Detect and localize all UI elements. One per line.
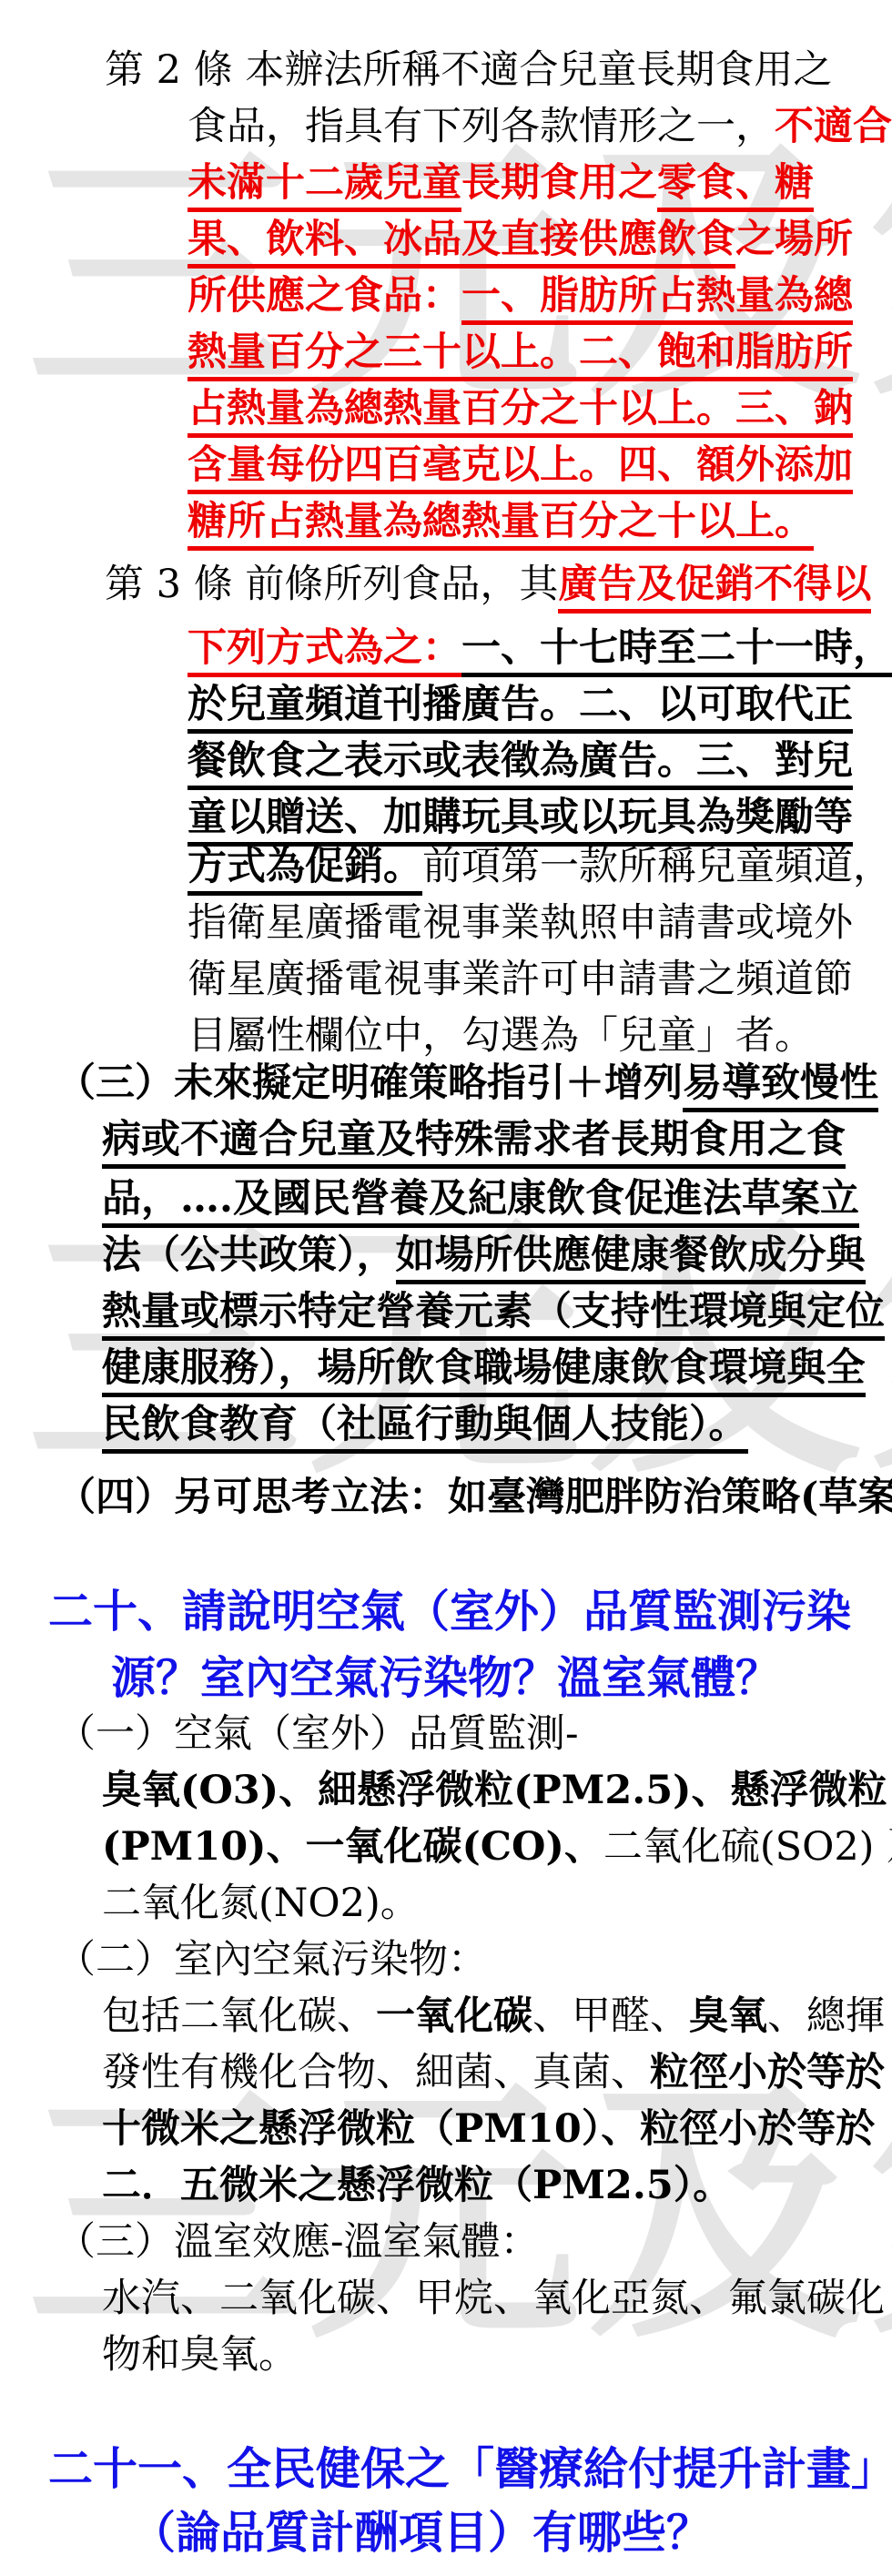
- text-segment: 前項第一款所稱兒童頻道，: [422, 844, 892, 889]
- text-segment: 含量每份四百毫克以上。四、額外添加: [188, 442, 853, 494]
- text-line: （三）未來擬定明確策略指引＋增列易導致慢性: [56, 1055, 878, 1111]
- text-segment: 長期食用之: [461, 160, 657, 206]
- text-segment: 二十、請說明空氣（室外）品質監測污染: [48, 1585, 851, 1638]
- text-segment: （四）另可思考立法：如臺灣肥胖防治策略(草案): [56, 1475, 892, 1520]
- text-line: 品，….及國民營養及紀康飲食促進法草案立: [102, 1171, 859, 1227]
- text-line: 包括二氧化碳、一氧化碳、甲醛、臭氧、總揮: [102, 1988, 885, 2044]
- text-line: 含量每份四百毫克以上。四、額外添加: [188, 437, 853, 493]
- text-line: （三）溫室效應-溫室氣體：: [56, 2214, 540, 2270]
- text-segment: 健康服務），場所飲食職場健康飲食環境與全: [102, 1345, 866, 1397]
- heading-line: 源？室內空氣污染物？溫室氣體？: [111, 1644, 780, 1711]
- text-line: 物和臭氧。: [102, 2327, 298, 2383]
- text-segment: 臭氧: [689, 1993, 767, 2039]
- text-segment: 下列方式為之：: [188, 625, 461, 677]
- text-segment: （三）溫室效應-溫室氣體：: [56, 2219, 540, 2265]
- text-segment: 如場所供應健康餐飲成分與: [396, 1232, 866, 1284]
- text-segment: 於兒童頻道刊播廣告。二、以可取代正: [188, 682, 853, 734]
- text-segment: 民飲食教育（社區行動與個人技能）。: [102, 1402, 748, 1454]
- text-line: 餐飲食之表示或表徵為廣告。三、對兒: [188, 733, 853, 789]
- text-line: 食品，指具有下列各款情形之一，不適合: [188, 98, 892, 155]
- text-segment: 粒徑小於等於: [650, 2050, 885, 2095]
- text-line: 二．五微米之懸浮微粒（PM2.5）。: [102, 2157, 732, 2214]
- text-segment: 、總揮: [767, 1993, 885, 2039]
- text-segment: 糖所占熱量為總熱量百分之十以上。: [188, 499, 814, 551]
- text-line: 第 2 條 本辦法所稱不適合兒童長期食用之: [105, 42, 832, 98]
- text-line: 熱量或標示特定營養元素（支持性環境與定位: [102, 1283, 885, 1340]
- text-segment: 一氧化碳: [376, 1993, 532, 2039]
- text-segment: 未滿十二歲兒童: [188, 160, 461, 212]
- text-segment: 占熱量為總熱量百分之十以上。三、鈉: [188, 386, 853, 438]
- text-line: （二）室內空氣污染物：: [56, 1932, 487, 1988]
- heading-line: （論品質計酬項目）有哪些？: [131, 2499, 711, 2566]
- text-segment: 十微米之懸浮微粒（PM10）、粒徑小於等於: [102, 2106, 875, 2152]
- text-line: 病或不適合兒童及特殊需求者長期食用之食: [102, 1111, 846, 1168]
- text-segment: 之場所: [735, 217, 853, 262]
- text-segment: 第 2 條 本辦法所稱不適合兒童長期食用之: [105, 47, 832, 93]
- text-segment: (PM10)、一氧化碳(CO)、: [102, 1824, 603, 1870]
- text-segment: 方式為促銷。: [188, 844, 422, 896]
- text-segment: 二氧化氮(NO2)。: [102, 1881, 420, 1926]
- text-line: 於兒童頻道刊播廣告。二、以可取代正: [188, 676, 853, 733]
- text-line: 占熱量為總熱量百分之十以上。三、鈉: [188, 380, 853, 437]
- text-segment: 品，….及國民營養及紀康飲食促進法草案立: [102, 1176, 859, 1228]
- text-segment: 果、飲料、冰品及直接供應飲食: [188, 217, 735, 269]
- text-segment: 二氧化硫(SO2) 及: [603, 1824, 892, 1870]
- text-segment: 發性有機化合物、細菌、真菌、: [102, 2050, 650, 2095]
- text-segment: （論品質計酬項目）有哪些？: [131, 2506, 711, 2559]
- text-segment: 零食、糖: [657, 160, 814, 212]
- heading-line: 二十、請說明空氣（室外）品質監測污染: [48, 1577, 851, 1645]
- text-segment: 臭氧(O3)、細懸浮微粒(PM2.5)、懸浮微粒: [102, 1768, 887, 1813]
- text-line: 二氧化氮(NO2)。: [102, 1875, 420, 1932]
- text-segment: 二十一、全民健保之「醫療給付提升計畫」: [48, 2442, 892, 2495]
- text-segment: （三）未來擬定明確策略指引＋增列: [56, 1060, 683, 1106]
- text-line: 熱量百分之三十以上。二、飽和脂肪所: [188, 324, 853, 380]
- text-segment: 水汽、二氧化碳、甲烷、氧化亞氮、氟氯碳化: [102, 2276, 885, 2321]
- text-segment: 包括二氧化碳、: [102, 1993, 376, 2039]
- text-line: （一）空氣（室外）品質監測-: [56, 1706, 579, 1762]
- text-line: 果、飲料、冰品及直接供應飲食之場所: [188, 211, 853, 268]
- text-segment: 物和臭氧。: [102, 2332, 298, 2378]
- text-segment: 二．五微米之懸浮微粒（PM2.5）。: [102, 2163, 732, 2208]
- text-line: 指衛星廣播電視事業執照申請書或境外: [188, 895, 853, 951]
- heading-line: 二十一、全民健保之「醫療給付提升計畫」: [48, 2435, 892, 2502]
- text-line: 十微米之懸浮微粒（PM10）、粒徑小於等於: [102, 2101, 875, 2157]
- text-segment: 所供應之食品：: [188, 273, 461, 319]
- text-segment: 源？室內空氣污染物？溫室氣體？: [111, 1651, 780, 1704]
- text-segment: 熱量或標示特定營養元素（支持性環境與定位: [102, 1289, 885, 1341]
- text-segment: （二）室內空氣污染物：: [56, 1937, 487, 1983]
- text-line: 衛星廣播電視事業許可申請書之頻道節: [188, 951, 853, 1008]
- text-segment: 指衛星廣播電視事業執照申請書或境外: [188, 900, 853, 946]
- text-segment: 廣告及促銷不得以: [558, 562, 871, 614]
- document-text: 第 2 條 本辦法所稱不適合兒童長期食用之食品，指具有下列各款情形之一，不適合未…: [0, 0, 892, 2576]
- text-segment: 一、脂肪所占熱量為總: [461, 273, 853, 325]
- text-segment: 病或不適合兒童及特殊需求者長期食用之食: [102, 1117, 846, 1169]
- text-segment: 、甲醛、: [532, 1993, 689, 2039]
- text-line: （四）另可思考立法：如臺灣肥胖防治策略(草案): [56, 1469, 892, 1526]
- text-segment: 易導致慢性: [683, 1060, 878, 1112]
- text-segment: 一、十七時至二十一時，: [461, 625, 892, 677]
- text-line: 法（公共政策），如場所供應健康餐飲成分與: [102, 1227, 866, 1283]
- text-line: 下列方式為之：一、十七時至二十一時，: [188, 620, 892, 676]
- text-line: (PM10)、一氧化碳(CO)、二氧化硫(SO2) 及: [102, 1819, 892, 1875]
- text-line: 童以贈送、加購玩具或以玩具為獎勵等: [188, 789, 853, 846]
- text-segment: 法（公共政策），: [102, 1232, 396, 1278]
- text-segment: 目屬性欄位中，勾選為「兒童」者。: [188, 1013, 814, 1059]
- text-line: 未滿十二歲兒童長期食用之零食、糖: [188, 155, 814, 211]
- text-segment: 衛星廣播電視事業許可申請書之頻道節: [188, 957, 853, 1002]
- text-line: 方式為促銷。前項第一款所稱兒童頻道，: [188, 838, 892, 895]
- text-line: 第 3 條 前條所列食品，其廣告及促銷不得以: [105, 556, 871, 613]
- text-segment: （一）空氣（室外）品質監測-: [56, 1711, 579, 1757]
- text-segment: 第 3 條 前條所列食品，其: [105, 562, 558, 607]
- text-line: 水汽、二氧化碳、甲烷、氧化亞氮、氟氯碳化: [102, 2270, 885, 2327]
- text-segment: 食品，指具有下列各款情形之一，: [188, 104, 775, 149]
- text-line: 所供應之食品：一、脂肪所占熱量為總: [188, 268, 853, 324]
- text-line: 臭氧(O3)、細懸浮微粒(PM2.5)、懸浮微粒: [102, 1762, 887, 1819]
- text-segment: 餐飲食之表示或表徵為廣告。三、對兒: [188, 738, 853, 790]
- text-segment: 熱量百分之三十以上。二、飽和脂肪所: [188, 330, 853, 381]
- text-segment: 不適合: [775, 104, 892, 149]
- text-line: 糖所占熱量為總熱量百分之十以上。: [188, 493, 814, 550]
- text-line: 健康服務），場所飲食職場健康飲食環境與全: [102, 1340, 866, 1396]
- text-line: 發性有機化合物、細菌、真菌、粒徑小於等於: [102, 2044, 885, 2101]
- document-page: 三元及第三元及第三元及第 第 2 條 本辦法所稱不適合兒童長期食用之食品，指具有…: [0, 0, 892, 2576]
- text-line: 民飲食教育（社區行動與個人技能）。: [102, 1396, 748, 1453]
